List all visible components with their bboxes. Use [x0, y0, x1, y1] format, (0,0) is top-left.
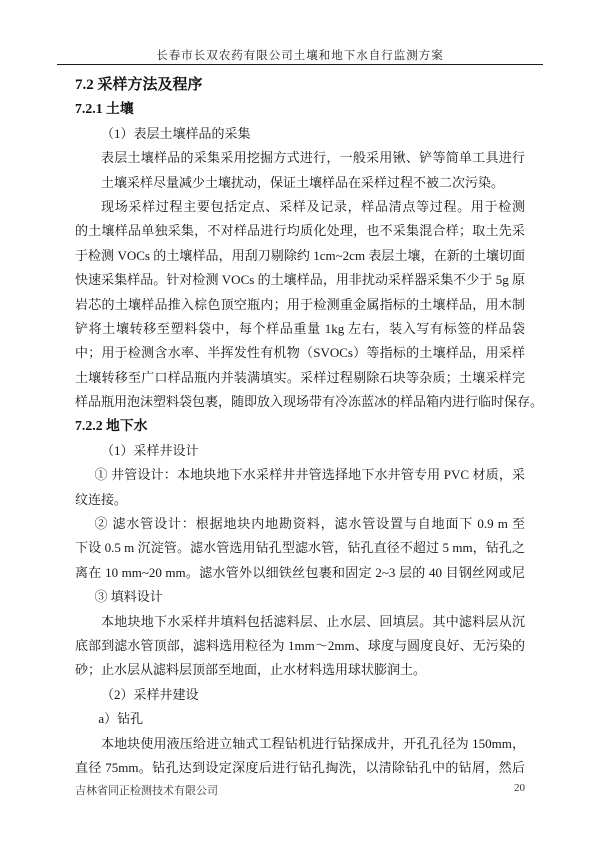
- text-line: ① 井管设计：本地块地下水采样井井管选择地下水井管专用 PVC 材质，采用螺: [75, 463, 525, 487]
- text-line: 本地块地下水采样井填料包括滤料层、止水层、回填层。其中滤料层从沉淀管: [75, 610, 525, 634]
- text-line: 底部到滤水管顶部，滤料选用粒径为 1mm～2mm、球度与圆度良好、无污染的石英: [75, 634, 525, 658]
- text-line: ③ 填料设计: [75, 585, 525, 609]
- text-line: 离在 10 mm~20 mm。滤水管外以细铁丝包裹和固定 2~3 层的 40 目…: [75, 561, 525, 585]
- text-line: 现场采样过程主要包括定点、采样及记录，样品清点等过程。用于检测 VOCs: [75, 195, 525, 219]
- document-page: 长春市长双农药有限公司土壤和地下水自行监测方案 7.2 采样方法及程序7.2.1…: [0, 0, 600, 848]
- footer-company: 吉林省同正检测技术有限公司: [75, 782, 218, 798]
- text-line: 快速采集样品。针对检测 VOCs 的土壤样品，用非扰动采样器采集不少于 5g 原…: [75, 268, 525, 292]
- text-line: （1）采样井设计: [75, 439, 525, 463]
- text-line: 土壤采样尽量减少土壤扰动，保证土壤样品在采样过程不被二次污染。: [75, 171, 525, 195]
- text-line: 铲将土壤转移至塑料袋中，每个样品重量 1kg 左右，装入写有标签的样品袋（布袋）: [75, 317, 525, 341]
- page-header: 长春市长双农药有限公司土壤和地下水自行监测方案: [0, 47, 600, 63]
- text-line: （2）采样井建设: [75, 683, 525, 707]
- text-line: ② 滤水管设计：根据地块内地勘资料，滤水管设置与自地面下 0.9 m 至 3.5…: [75, 512, 525, 536]
- text-line: 于检测 VOCs 的土壤样品，用刮刀剔除约 1cm~2cm 表层土壤，在新的土壤…: [75, 244, 525, 268]
- text-line: 直径 75mm。钻孔达到设定深度后进行钻孔掏洗，以清除钻孔中的钻屑，然后静置: [75, 756, 525, 780]
- text-line: a）钻孔: [75, 707, 525, 731]
- text-line: （1）表层土壤样品的采集: [75, 122, 525, 146]
- text-line: 下设 0.5 m 沉淀管。滤水管选用钻孔型滤水管，钻孔直径不超过 5 mm，钻孔…: [75, 536, 525, 560]
- section-heading: 7.2 采样方法及程序: [75, 73, 525, 97]
- section-heading: 7.2.2 地下水: [75, 414, 525, 438]
- document-body: 7.2 采样方法及程序7.2.1 土壤（1）表层土壤样品的采集表层土壤样品的采集…: [75, 73, 525, 780]
- header-title: 长春市长双农药有限公司土壤和地下水自行监测方案: [156, 50, 444, 62]
- text-line: 纹连接。: [75, 488, 525, 512]
- text-line: 中；用于检测含水率、半挥发性有机物（SVOCs）等指标的土壤样品，用采样铲将: [75, 341, 525, 365]
- text-line: 土壤转移至广口样品瓶内并装满填实。采样过程剔除石块等杂质；土壤采样完成后，: [75, 366, 525, 390]
- page-footer: 吉林省同正检测技术有限公司 20: [75, 782, 525, 798]
- text-line: 样品瓶用泡沫塑料袋包裹，随即放入现场带有冷冻蓝冰的样品箱内进行临时保存。: [75, 390, 525, 414]
- section-heading: 7.2.1 土壤: [75, 97, 525, 121]
- footer-page-number: 20: [514, 782, 525, 798]
- text-line: 的土壤样品单独采集，不对样品进行均质化处理，也不采集混合样；取土先采集用: [75, 219, 525, 243]
- text-line: 表层土壤样品的采集采用挖掘方式进行，一般采用锹、铲等简单工具进行取样。: [75, 146, 525, 170]
- text-line: 岩芯的土壤样品推入棕色顶空瓶内；用于检测重金属指标的土壤样品，用木制采样: [75, 293, 525, 317]
- text-line: 砂；止水层从滤料层顶部至地面，止水材料选用球状膨润土。: [75, 658, 525, 682]
- header-rule: [57, 64, 543, 65]
- text-line: 本地块使用液压给进立轴式工程钻机进行钻探成井，开孔孔径为 150mm，井管: [75, 732, 525, 756]
